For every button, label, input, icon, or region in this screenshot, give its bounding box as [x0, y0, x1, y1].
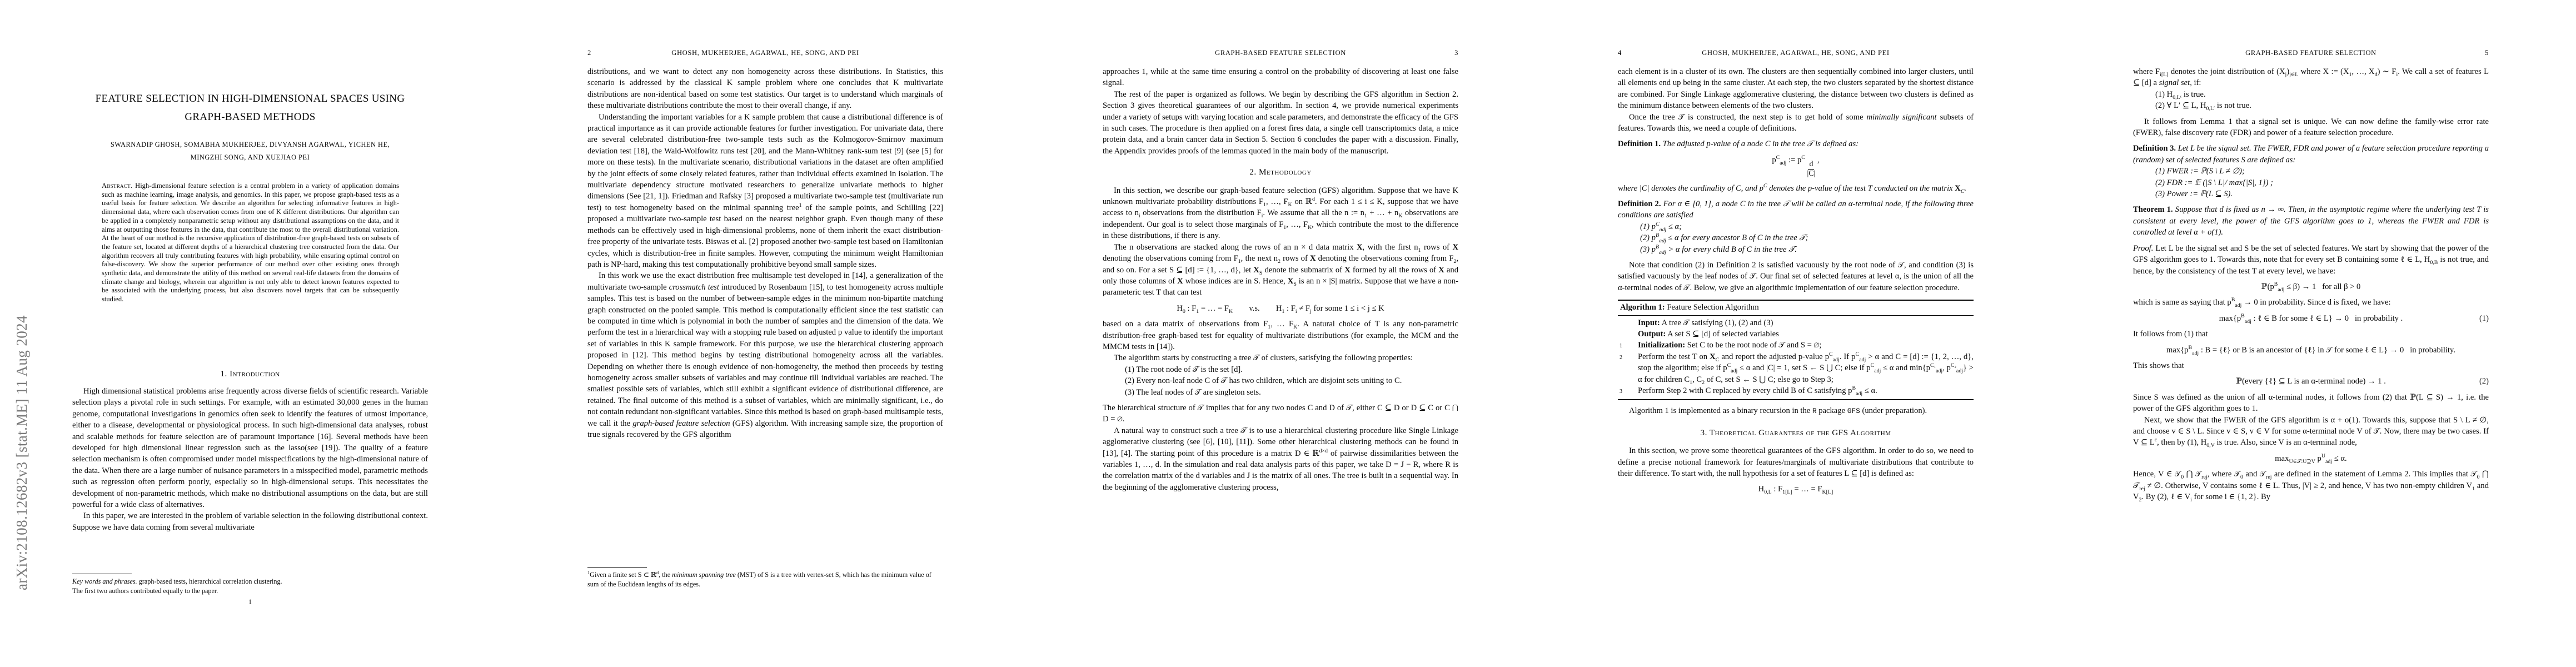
paragraph: A natural way to construct such a tree 𝒯… — [1103, 425, 1458, 493]
page-body: each element is in a cluster of its own.… — [1618, 66, 1974, 500]
list-item: (2) ∀ L′ ⊆ L, H0,L′ is not true. — [2133, 100, 2489, 111]
paragraph: This shows that — [2133, 360, 2489, 371]
paragraph: Algorithm 1 is implemented as a binary r… — [1618, 405, 1974, 417]
running-title: GRAPH-BASED FEATURE SELECTION — [2133, 49, 2489, 57]
page-number: 3 — [1454, 49, 1458, 57]
list-item: (1) H0,Lᶜ is true. — [2133, 89, 2489, 100]
page-2: 2 GHOSH, MUKHERJEE, AGARWAL, HE, SONG, A… — [515, 0, 1030, 667]
display-equation-null: H0,L : F1[L] = … = FK[L] — [1618, 484, 1974, 495]
footnote-block: Key words and phrases. graph-based tests… — [72, 574, 428, 595]
paragraph: In this section, we describe our graph-b… — [1103, 185, 1458, 242]
display-equation-numbered: ℙ(every {ℓ} ⊆ L is an α-terminal node) →… — [2133, 376, 2489, 387]
running-header: GRAPH-BASED FEATURE SELECTION 3 — [1103, 49, 1458, 57]
paragraph: It follows from (1) that — [2133, 328, 2489, 340]
list-item: (2) FDR := 𝔼 (|S \ L|/ max{|S|, 1}) ; — [2133, 177, 2489, 188]
step-number: 2 — [1620, 352, 1622, 364]
algorithm-input: Input: A tree 𝒯 satisfying (1), (2) and … — [1618, 317, 1974, 328]
list-item: (1) pCadj ≤ α; — [1618, 221, 1974, 232]
algorithm-box: Algorithm 1: Feature Selection Algorithm… — [1618, 300, 1974, 400]
introduction-text: High dimensional statistical problems ar… — [72, 386, 428, 533]
arxiv-watermark: arXiv:2108.12682v3 [stat.ME] 11 Aug 2024 — [13, 207, 31, 590]
paragraph: based on a data matrix of observations f… — [1103, 318, 1458, 352]
section-heading-introduction: 1. Introduction — [72, 369, 428, 379]
page-5: GRAPH-BASED FEATURE SELECTION 5 where Fi… — [2061, 0, 2576, 667]
display-equation-numbered: max{pBadj : ℓ ∈ B for some ℓ ∈ L} → 0 in… — [2133, 313, 2489, 324]
display-equation-hypotheses: H0 : F1 = … = FK v.s. H1 : Fi ≠ Fj for s… — [1103, 303, 1458, 314]
paragraph: The algorithm starts by constructing a t… — [1103, 352, 1458, 364]
page-4: 4 GHOSH, MUKHERJEE, AGARWAL, HE, SONG, A… — [1546, 0, 2061, 667]
authors-line-1: SWARNADIP GHOSH, SOMABHA MUKHERJEE, DIVY… — [72, 141, 428, 149]
paragraph: each element is in a cluster of its own.… — [1618, 66, 1974, 112]
paper-title-line-1: FEATURE SELECTION IN HIGH-DIMENSIONAL SP… — [72, 93, 428, 105]
equation-body: ℙ(every {ℓ} ⊆ L is an α-terminal node) →… — [2236, 377, 2386, 386]
paragraph: The rest of the paper is organized as fo… — [1103, 89, 1458, 157]
list-item: (3) The leaf nodes of 𝒯 are singleton se… — [1103, 387, 1458, 398]
step-text: Perform the test T on XC and report the … — [1638, 351, 1974, 385]
list-item: (3) pBadj > α for every child B of C in … — [1618, 244, 1974, 255]
page-1: arXiv:2108.12682v3 [stat.ME] 11 Aug 2024… — [0, 0, 515, 667]
footnote-keywords: Key words and phrases. graph-based tests… — [72, 577, 428, 586]
list-item: (1) FWER := ℙ(S \ L ≠ ∅); — [2133, 166, 2489, 177]
paragraph: In this section, we prove some theoretic… — [1618, 445, 1974, 479]
abstract: Abstract. High-dimensional feature selec… — [102, 182, 399, 304]
paragraph: Since S was defined as the union of all … — [2133, 392, 2489, 415]
paragraph: In this work we use the exact distributi… — [587, 270, 943, 440]
running-title: GRAPH-BASED FEATURE SELECTION — [1103, 49, 1458, 57]
footnote-rule — [72, 574, 132, 574]
display-equation: ℙ(pBadj ≤ β) → 1 for all β > 0 — [2133, 281, 2489, 292]
algorithm-step: 3 Perform Step 2 with C replaced by ever… — [1618, 385, 1974, 396]
step-number: 1 — [1620, 341, 1622, 352]
paper-title-line-2: GRAPH-BASED METHODS — [72, 111, 428, 123]
authors-line-2: MINGZHI SONG, AND XUEJIAO PEI — [72, 153, 428, 162]
paragraph: It follows from Lemma 1 that a signal se… — [2133, 116, 2489, 139]
running-header: 2 GHOSH, MUKHERJEE, AGARWAL, HE, SONG, A… — [587, 49, 943, 57]
paragraph: The n observations are stacked along the… — [1103, 242, 1458, 298]
step-text: Perform Step 2 with C replaced by every … — [1638, 385, 1974, 396]
paragraph: approaches 1, while at the same time ens… — [1103, 66, 1458, 89]
list-item: (2) Every non-leaf node C of 𝒯 has two c… — [1103, 375, 1458, 386]
list-item: (1) The root node of 𝒯 is the set [d]. — [1103, 364, 1458, 375]
list-item: (2) pBadj ≤ α for every ancestor B of C … — [1618, 232, 1974, 243]
document-canvas: arXiv:2108.12682v3 [stat.ME] 11 Aug 2024… — [0, 0, 2576, 667]
definition-1-where: where |C| denotes the cardinality of C, … — [1618, 183, 1974, 194]
display-equation: maxU∈𝒯:U⊇V pUadj ≤ α. — [2133, 453, 2489, 464]
paragraph: In this paper, we are interested in the … — [72, 510, 428, 533]
definition-3: Definition 3. Let L be the signal set. T… — [2133, 143, 2489, 166]
paragraph: The hierarchical structure of 𝒯 implies … — [1103, 402, 1458, 425]
equation-number: (1) — [2479, 313, 2489, 324]
footnote-rule — [587, 567, 647, 568]
page-number: 1 — [72, 598, 428, 606]
page-number: 5 — [2485, 49, 2489, 57]
theorem-1: Theorem 1. Suppose that d is fixed as n … — [2133, 204, 2489, 238]
footnote-mst: 1Given a finite set S ⊂ ℝd, the minimum … — [587, 570, 943, 589]
definition-1: Definition 1. The adjusted p-value of a … — [1618, 138, 1974, 150]
section-heading-methodology: 2. Methodology — [1103, 167, 1458, 178]
paragraph: Note that condition (2) in Definition 2 … — [1618, 260, 1974, 293]
step-number: 3 — [1620, 386, 1622, 397]
paragraph: Once the tree 𝒯 is constructed, the next… — [1618, 112, 1974, 135]
step-text: Initialization: Set C to be the root nod… — [1638, 340, 1974, 351]
running-title: GHOSH, MUKHERJEE, AGARWAL, HE, SONG, AND… — [587, 49, 943, 57]
definition-2: Definition 2. For α ∈ [0, 1], a node C i… — [1618, 198, 1974, 221]
equation-body: max{pBadj : ℓ ∈ B for some ℓ ∈ L} → 0 in… — [2219, 314, 2403, 323]
proof-paragraph: Proof. Let L be the signal set and S be … — [2133, 243, 2489, 277]
page-3: GRAPH-BASED FEATURE SELECTION 3 approach… — [1030, 0, 1546, 667]
display-equation-adjusted-p: pCadj := pC d|C| , — [1618, 155, 1974, 178]
page-number: 2 — [587, 49, 591, 57]
paragraph: Next, we show that the FWER of the GFS a… — [2133, 415, 2489, 449]
equation-number: (2) — [2479, 376, 2489, 387]
algorithm-caption: Algorithm 1: Feature Selection Algorithm — [1618, 301, 1974, 315]
paragraph: which is same as saying that pBadj → 0 i… — [2133, 297, 2489, 308]
page-number: 4 — [1618, 49, 1622, 57]
display-equation: max{pBadj : B = {ℓ} or B is an ancestor … — [2133, 345, 2489, 356]
section-heading-theory: 3. Theoretical Guarantees of the GFS Alg… — [1618, 427, 1974, 439]
running-title: GHOSH, MUKHERJEE, AGARWAL, HE, SONG, AND… — [1618, 49, 1974, 57]
list-item: (3) Power := ℙ(L ⊆ S). — [2133, 188, 2489, 200]
algorithm-step: 2 Perform the test T on XC and report th… — [1618, 351, 1974, 385]
paragraph: Hence, V ∈ 𝒯0 ⋂ 𝒯rej, where 𝒯0 and 𝒯rej … — [2133, 469, 2489, 502]
footnote-contribution: The first two authors contributed equall… — [72, 586, 428, 596]
paragraph: High dimensional statistical problems ar… — [72, 386, 428, 510]
algorithm-body: Input: A tree 𝒯 satisfying (1), (2) and … — [1618, 316, 1974, 400]
running-header: 4 GHOSH, MUKHERJEE, AGARWAL, HE, SONG, A… — [1618, 49, 1974, 57]
paragraph: Understanding the important variables fo… — [587, 112, 943, 271]
paragraph: where Fi[L] denotes the joint distributi… — [2133, 66, 2489, 89]
page-body: distributions, and we want to detect any… — [587, 66, 943, 440]
footnote-block: 1Given a finite set S ⊂ ℝd, the minimum … — [587, 567, 943, 589]
running-header: GRAPH-BASED FEATURE SELECTION 5 — [2133, 49, 2489, 57]
paragraph: distributions, and we want to detect any… — [587, 66, 943, 112]
algorithm-step: 1 Initialization: Set C to be the root n… — [1618, 340, 1974, 351]
page-body: approaches 1, while at the same time ens… — [1103, 66, 1458, 493]
algorithm-output: Output: A set S ⊆ [d] of selected variab… — [1618, 328, 1974, 340]
page-body: where Fi[L] denotes the joint distributi… — [2133, 66, 2489, 502]
